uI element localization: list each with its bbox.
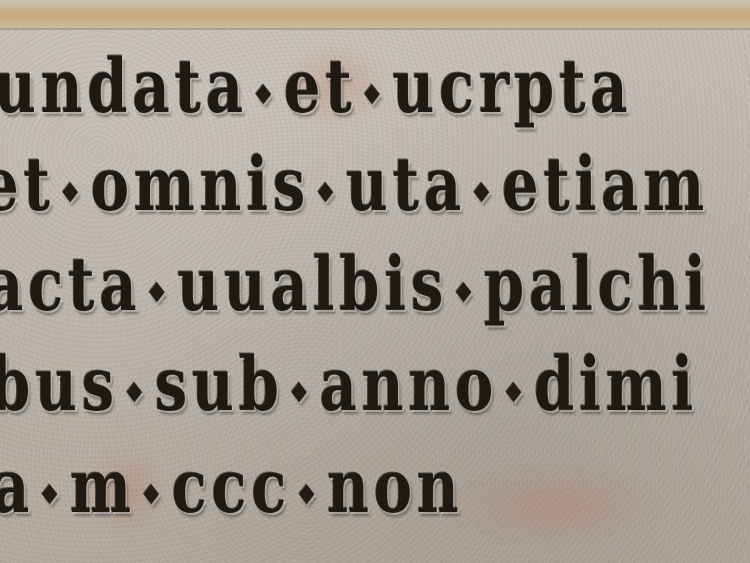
separator-diamond-icon: ◆ [299, 480, 319, 506]
inscription-word: dimi [534, 348, 698, 422]
inscription-word: ucrpta [392, 50, 632, 124]
inscription-word: sub [155, 348, 284, 422]
inscription-word: palchi [484, 248, 711, 322]
separator-diamond-icon: ◆ [291, 378, 311, 404]
separator-diamond-icon: ◆ [456, 278, 476, 304]
inscription-row-2: et◆omnis◆uta◆etiam [0, 148, 567, 222]
separator-diamond-icon: ◆ [318, 178, 338, 204]
separator-diamond-icon: ◆ [127, 378, 147, 404]
inscription-row-4: bus◆sub◆anno◆dimi [0, 348, 575, 422]
inscription-word: omnis [91, 148, 310, 222]
inscription-word: bus [0, 348, 119, 422]
inscription-word: a [0, 450, 34, 524]
separator-diamond-icon: ◆ [506, 378, 526, 404]
inscription-word: uta [346, 148, 466, 222]
inscription-row-5: a◆m◆ccc◆non [0, 450, 577, 524]
separator-diamond-icon: ◆ [63, 178, 83, 204]
inscription-word: anno [320, 348, 499, 422]
inscription-word: undata [0, 50, 248, 124]
stone-inscription: undata◆et◆ucrpta et◆omnis◆uta◆etiam acta… [0, 0, 750, 563]
separator-diamond-icon: ◆ [256, 80, 276, 106]
separator-diamond-icon: ◆ [144, 480, 164, 506]
separator-diamond-icon: ◆ [364, 80, 384, 106]
inscription-word: etiam [502, 148, 709, 222]
inscription-word: ccc [172, 450, 291, 524]
inscription-word: et [0, 148, 55, 222]
inscription-word: uualbis [177, 248, 448, 322]
top-stone-band [0, 0, 750, 30]
inscription-word: et [284, 50, 357, 124]
separator-diamond-icon: ◆ [149, 278, 169, 304]
inscription-word: non [327, 450, 463, 524]
stone-seam [0, 28, 750, 30]
inscription-word: acta [0, 248, 141, 322]
inscription-row-3: acta◆uualbis◆palchi [0, 248, 571, 322]
inscription-row-1: undata◆et◆ucrpta [0, 50, 579, 124]
separator-diamond-icon: ◆ [474, 178, 494, 204]
separator-diamond-icon: ◆ [42, 480, 62, 506]
inscription-word: m [70, 450, 136, 524]
